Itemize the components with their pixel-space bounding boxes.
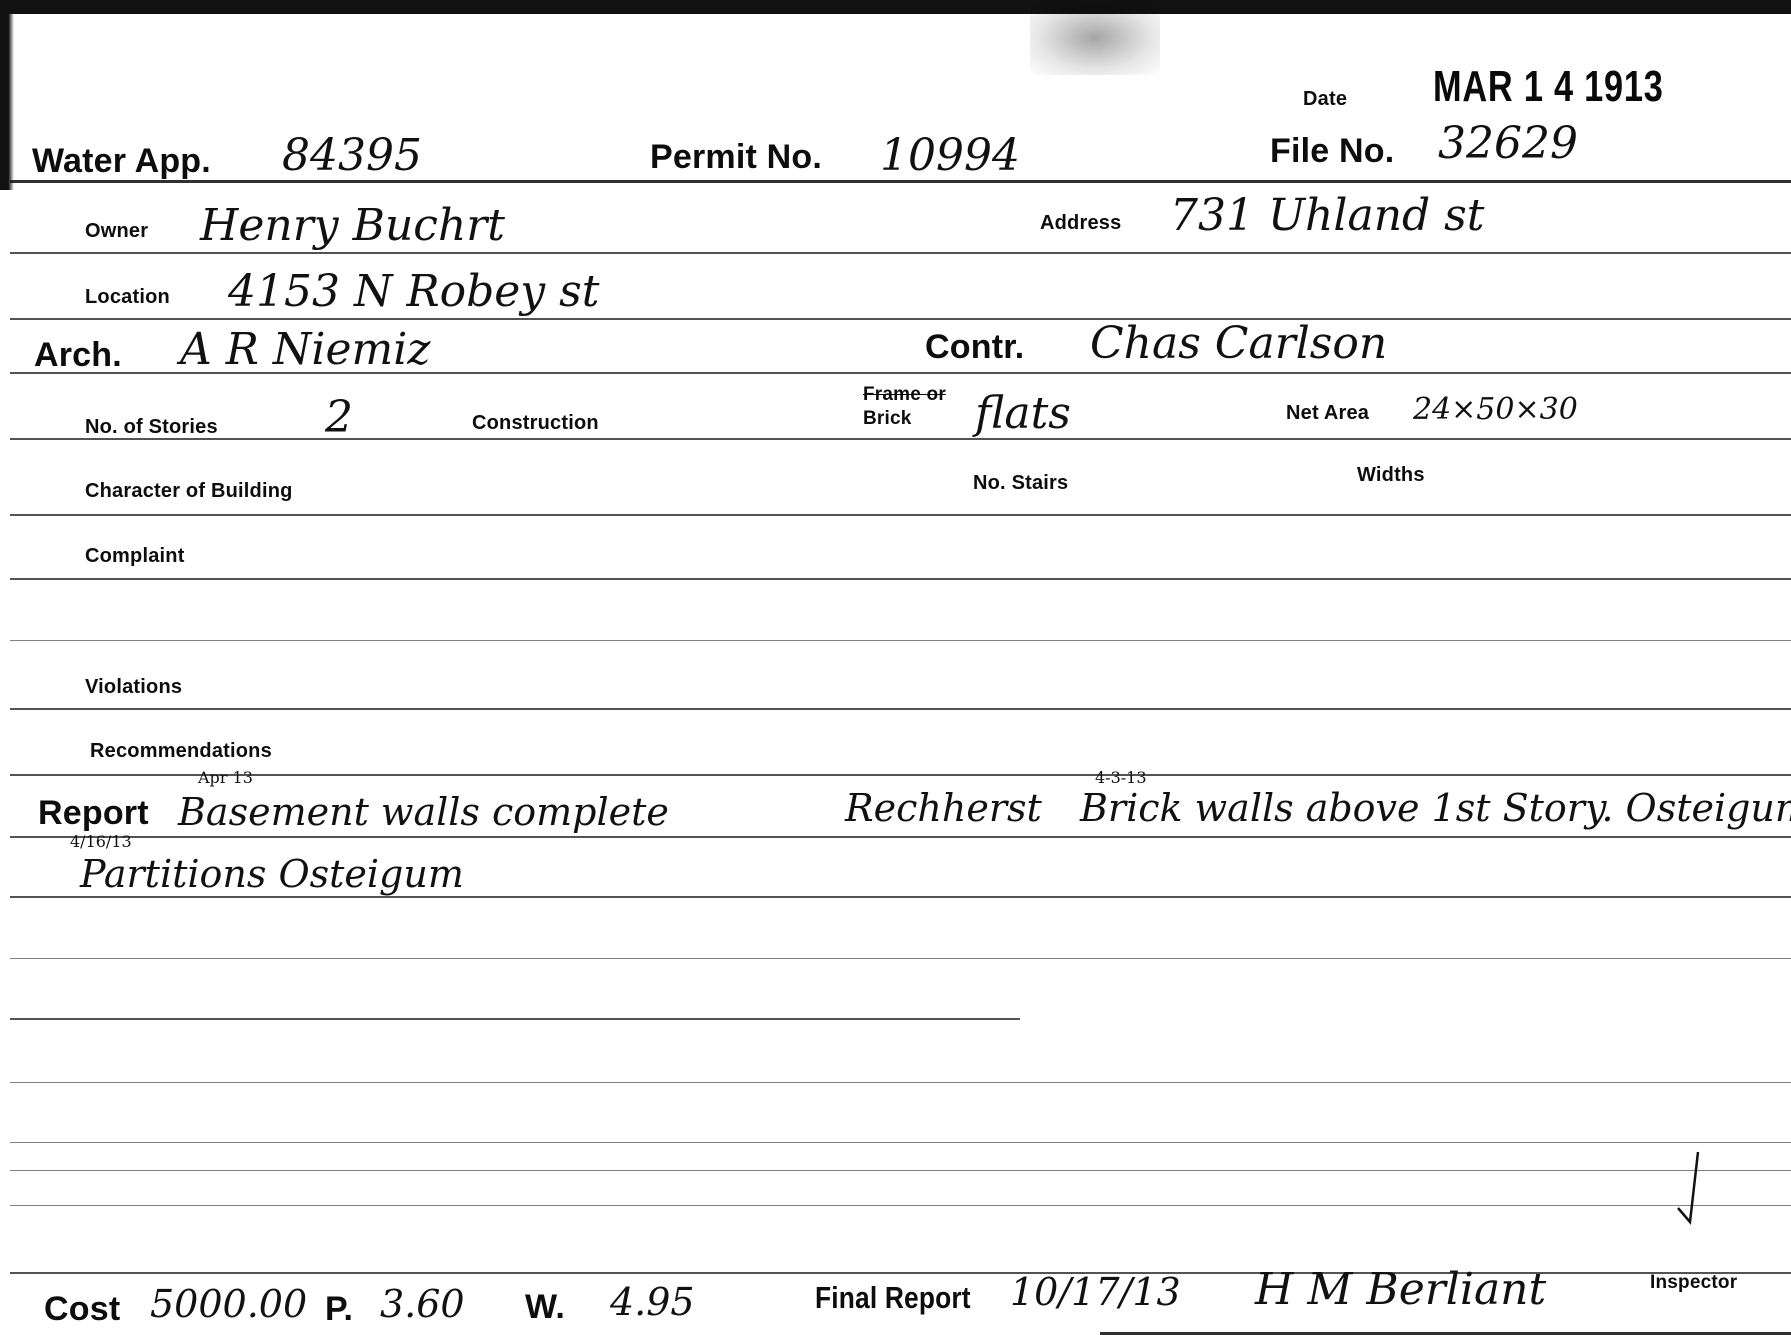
report-entry-1-inspector: Rechherst bbox=[845, 786, 1042, 830]
rule-line bbox=[10, 774, 1791, 776]
rule-line bbox=[10, 252, 1791, 254]
recommendations-label: Recommendations bbox=[90, 740, 272, 763]
w-value: 4.95 bbox=[610, 1280, 695, 1324]
rule-line bbox=[10, 1170, 1791, 1171]
permit-no-value: 10994 bbox=[880, 130, 1020, 181]
inspector-signature: H M Berliant bbox=[1255, 1264, 1546, 1315]
report-label: Report bbox=[38, 794, 149, 833]
rule-line bbox=[10, 1205, 1791, 1206]
final-report-label: Final Report bbox=[815, 1280, 971, 1316]
rule-line bbox=[10, 896, 1791, 898]
stories-label: No. of Stories bbox=[85, 416, 218, 439]
stairs-label: No. Stairs bbox=[973, 472, 1068, 495]
net-area-label: Net Area bbox=[1286, 402, 1369, 425]
water-app-value: 84395 bbox=[282, 130, 422, 181]
scan-left-edge bbox=[0, 0, 14, 190]
location-label: Location bbox=[85, 286, 170, 309]
rule-line bbox=[10, 438, 1791, 440]
contr-value: Chas Carlson bbox=[1090, 318, 1387, 369]
report-entry-2-date: 4/16/13 bbox=[70, 832, 132, 851]
address-value: 731 Uhland st bbox=[1170, 190, 1484, 241]
character-label: Character of Building bbox=[85, 480, 293, 503]
report-entry-1b-date: 4-3-13 bbox=[1095, 768, 1147, 787]
w-label: W. bbox=[525, 1288, 565, 1327]
p-label: P. bbox=[325, 1290, 353, 1329]
scan-smudge bbox=[1030, 0, 1160, 75]
final-report-value: 10/17/13 bbox=[1010, 1270, 1181, 1314]
violations-label: Violations bbox=[85, 676, 182, 699]
rule-line bbox=[10, 514, 1791, 516]
rule-line bbox=[10, 1082, 1791, 1083]
frame-label: Frame or bbox=[863, 384, 946, 406]
rule-line bbox=[10, 1142, 1791, 1143]
arch-value: A R Niemiz bbox=[180, 324, 430, 375]
address-label: Address bbox=[1040, 212, 1121, 235]
report-entry-1b-text: Brick walls above 1st Story. Osteigum bbox=[1080, 786, 1791, 830]
checkmark-icon bbox=[1672, 1150, 1712, 1230]
date-stamp: MAR 1 4 1913 bbox=[1433, 62, 1664, 112]
rule-line bbox=[10, 1018, 1020, 1020]
net-area-value: 24×50×30 bbox=[1413, 392, 1578, 427]
rule-line bbox=[10, 578, 1791, 580]
arch-label: Arch. bbox=[34, 336, 122, 375]
construction-label: Construction bbox=[472, 412, 599, 435]
owner-value: Henry Buchrt bbox=[200, 200, 505, 251]
stories-value: 2 bbox=[325, 392, 353, 443]
owner-label: Owner bbox=[85, 220, 148, 243]
date-label: Date bbox=[1303, 88, 1347, 111]
rule-line bbox=[10, 836, 1791, 838]
brick-label: Brick bbox=[863, 408, 912, 430]
report-entry-1-text: Basement walls complete bbox=[178, 790, 669, 834]
report-entry-2-text: Partitions Osteigum bbox=[80, 852, 464, 896]
cost-label: Cost bbox=[44, 1290, 120, 1329]
report-entry-1-date: Apr 13 bbox=[198, 768, 253, 787]
permit-no-label: Permit No. bbox=[650, 138, 822, 177]
contr-label: Contr. bbox=[925, 328, 1024, 367]
rule-line bbox=[10, 318, 1791, 320]
rule-line bbox=[10, 640, 1791, 641]
complaint-label: Complaint bbox=[85, 545, 185, 568]
rule-line bbox=[10, 958, 1791, 959]
location-value: 4153 N Robey st bbox=[228, 266, 599, 317]
rule-line bbox=[10, 708, 1791, 710]
p-value: 3.60 bbox=[380, 1282, 465, 1326]
widths-label: Widths bbox=[1357, 464, 1425, 487]
water-app-label: Water App. bbox=[32, 142, 211, 181]
scan-top-edge bbox=[0, 0, 1791, 14]
inspector-label: Inspector bbox=[1650, 1272, 1737, 1294]
frame-brick-value: flats bbox=[975, 388, 1071, 439]
cost-value: 5000.00 bbox=[150, 1282, 307, 1326]
file-no-label: File No. bbox=[1270, 132, 1394, 171]
file-no-value: 32629 bbox=[1438, 118, 1578, 169]
